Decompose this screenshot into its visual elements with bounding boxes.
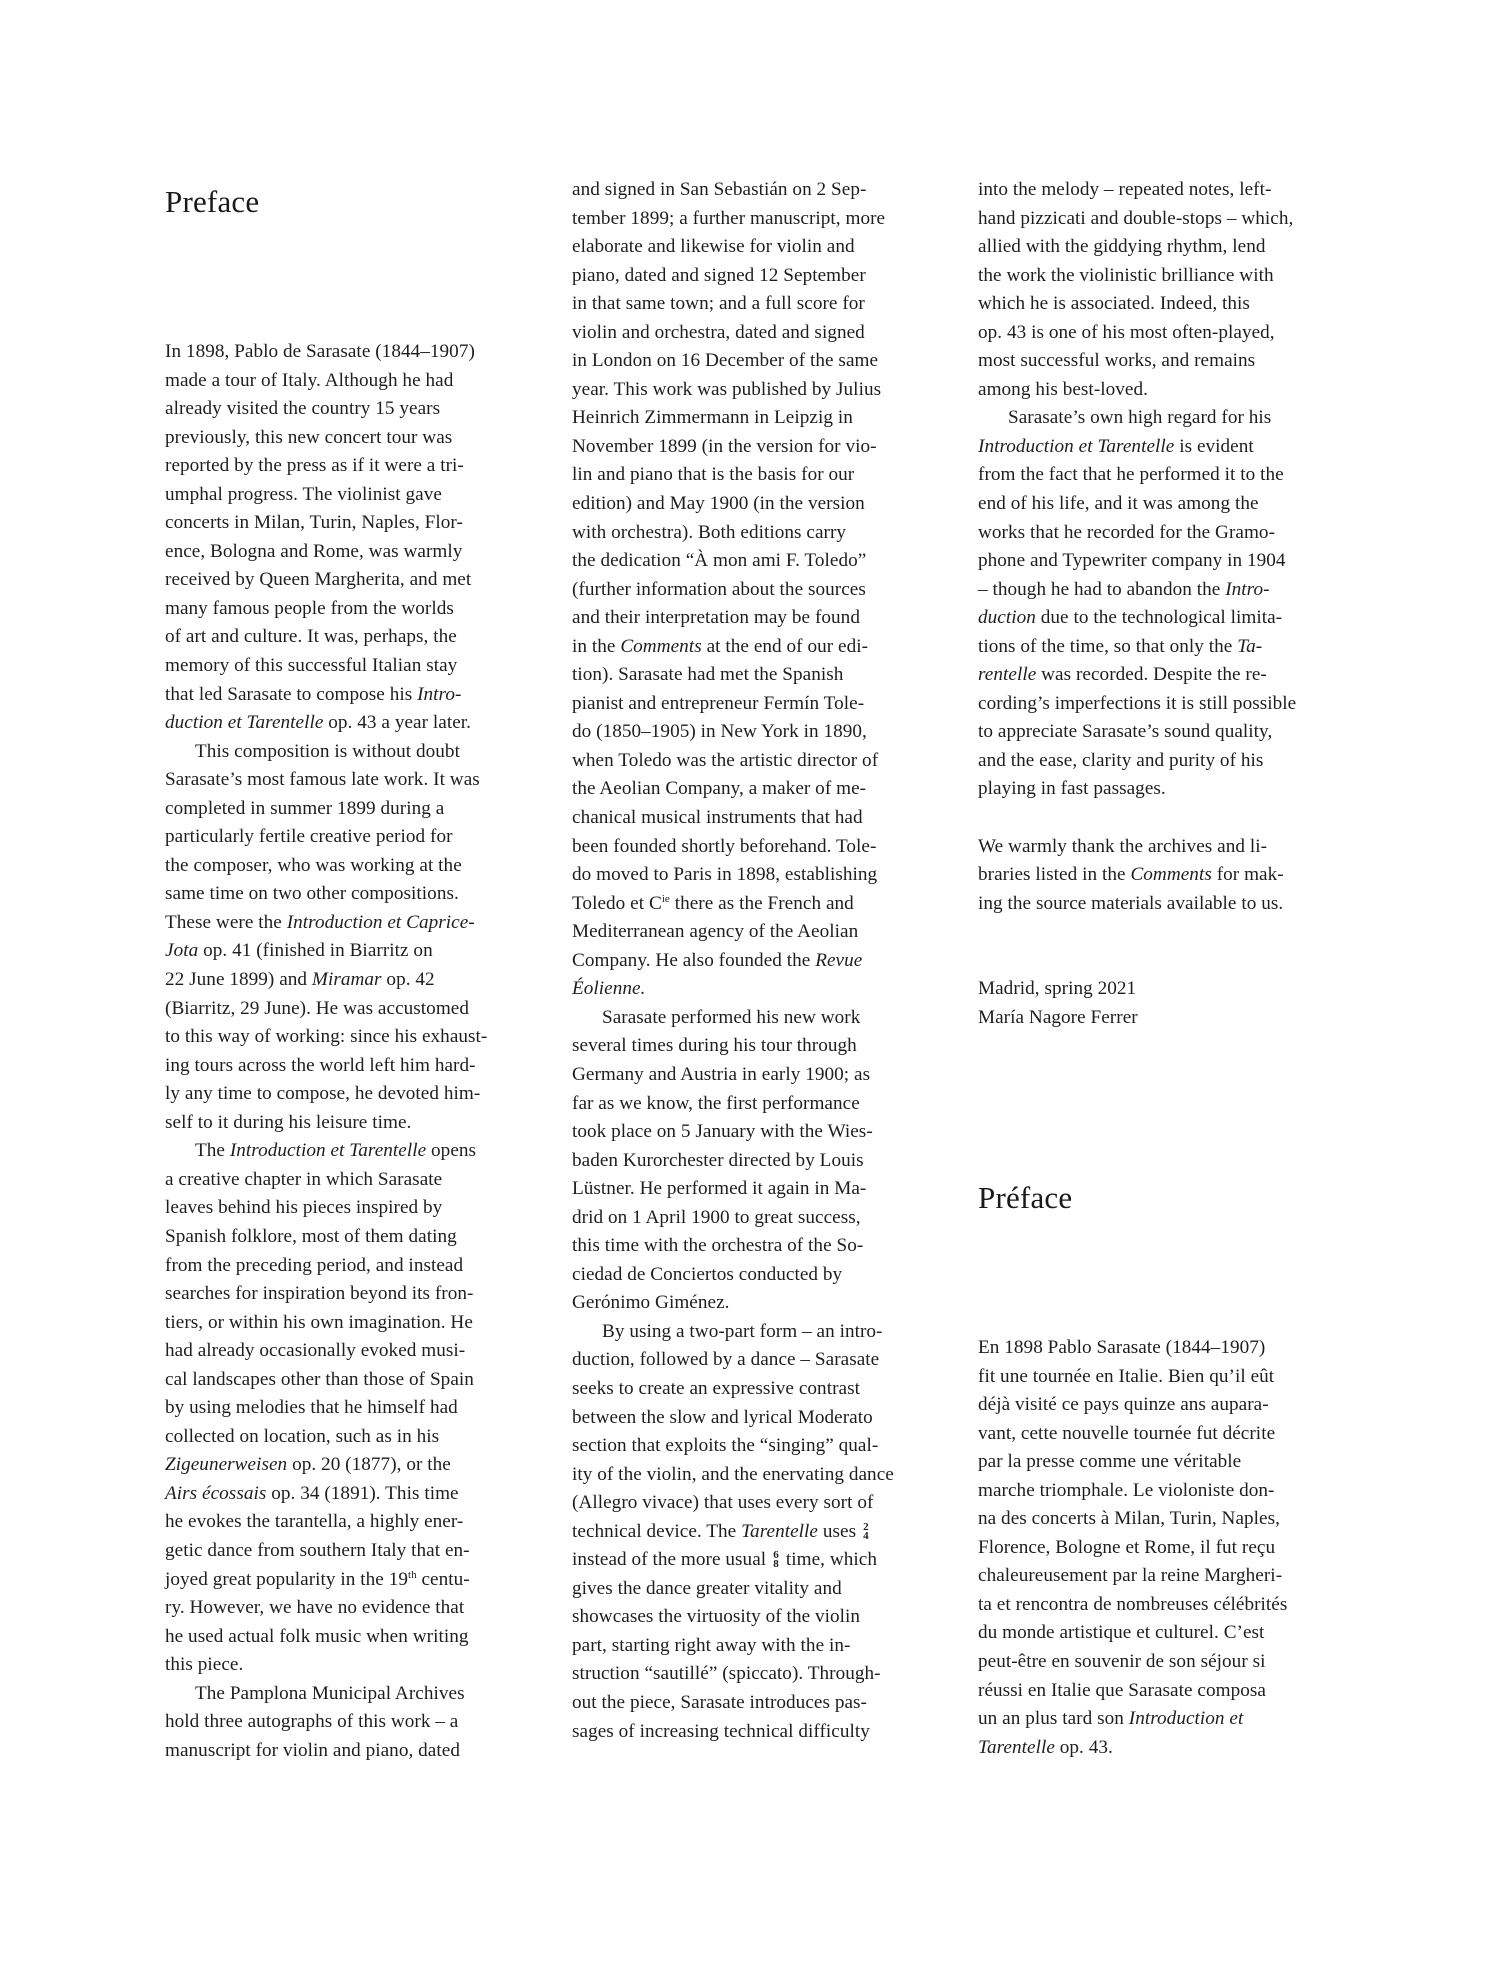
text-line: Jota op. 41 (finished in Biarritz on (165, 937, 537, 966)
text-line: We warmly thank the archives and li- (978, 833, 1350, 862)
text-line: Éolienne. (572, 975, 944, 1004)
text-line: this piece. (165, 1651, 537, 1680)
text-line: By using a two-part form – an intro- (572, 1318, 944, 1347)
text-line: far as we know, the first performance (572, 1090, 944, 1119)
section-title-preface-fr: Préface (978, 1180, 1350, 1216)
text-line: Spanish folklore, most of them dating (165, 1223, 537, 1252)
text-line: piano, dated and signed 12 September (572, 262, 944, 291)
text-line: 22 June 1899) and Miramar op. 42 (165, 966, 537, 995)
text-line: ly any time to compose, he devoted him- (165, 1080, 537, 1109)
text-line: took place on 5 January with the Wies- (572, 1118, 944, 1147)
italic-title: Introduction et Tarentelle (230, 1140, 426, 1161)
text-line: the dedication “À mon ami F. Toledo” (572, 547, 944, 576)
text-line: part, starting right away with the in- (572, 1632, 944, 1661)
french-body: En 1898 Pablo Sarasate (1844–1907)fit un… (978, 1334, 1350, 1762)
italic-title: Introduction et Caprice- (287, 912, 475, 933)
text-line: cording’s imperfections it is still poss… (978, 690, 1350, 719)
spacer (978, 918, 1350, 947)
text-line: joyed great popularity in the 19th centu… (165, 1566, 537, 1595)
text-line: duction, followed by a dance – Sarasate (572, 1346, 944, 1375)
text-line: These were the Introduction et Caprice- (165, 909, 537, 938)
text-line: In 1898, Pablo de Sarasate (1844–1907) (165, 338, 537, 367)
text-line: du monde artistique et culturel. C’est (978, 1619, 1350, 1648)
text-line: from the fact that he performed it to th… (978, 461, 1350, 490)
column-left-body: In 1898, Pablo de Sarasate (1844–1907)ma… (165, 338, 537, 1765)
text-line: instead of the more usual 68 time, which (572, 1546, 944, 1575)
text-line: pianist and entrepreneur Fermín Tole- (572, 690, 944, 719)
text-line: into the melody – repeated notes, left- (978, 176, 1350, 205)
text-line: concerts in Milan, Turin, Naples, Flor- (165, 509, 537, 538)
text-line: do moved to Paris in 1898, establishing (572, 861, 944, 890)
text-line: showcases the virtuosity of the violin (572, 1603, 944, 1632)
text-line: same time on two other compositions. (165, 880, 537, 909)
text-line: leaves behind his pieces inspired by (165, 1194, 537, 1223)
text-line: this time with the orchestra of the So- (572, 1232, 944, 1261)
italic-title: Zigeunerweisen (165, 1454, 287, 1475)
italic-title: Éolienne. (572, 978, 645, 999)
text-line: Toledo et Cie there as the French and (572, 890, 944, 919)
text-line: na des concerts à Milan, Turin, Naples, (978, 1505, 1350, 1534)
superscript: ie (662, 893, 670, 905)
text-line: of art and culture. It was, perhaps, the (165, 623, 537, 652)
italic-title: Airs écossais (165, 1483, 266, 1504)
italic-title: Comments (620, 636, 701, 657)
column-middle: and signed in San Sebastián on 2 Sep-tem… (572, 176, 944, 1746)
text-line: duction et Tarentelle op. 43 a year late… (165, 709, 537, 738)
italic-title: Intro- (417, 684, 461, 705)
text-line: ence, Bologna and Rome, was warmly (165, 538, 537, 567)
text-line: violin and orchestra, dated and signed (572, 319, 944, 348)
text-line: to this way of working: since his exhaus… (165, 1023, 537, 1052)
text-line: many famous people from the worlds (165, 595, 537, 624)
text-line: with orchestra). Both editions carry (572, 519, 944, 548)
text-line: he evokes the tarantella, a highly ener- (165, 1508, 537, 1537)
french-section: Préface En 1898 Pablo Sarasate (1844–190… (978, 1180, 1350, 1762)
paragraph: En 1898 Pablo Sarasate (1844–1907)fit un… (978, 1334, 1350, 1762)
paragraph: This composition is without doubtSarasat… (165, 738, 537, 1138)
italic-title: Introduction et Tarentelle (978, 436, 1174, 457)
italic-title: duction (978, 607, 1036, 628)
text-line: struction “sautillé” (spiccato). Through… (572, 1660, 944, 1689)
text-line: by using melodies that he himself had (165, 1394, 537, 1423)
text-line: (Biarritz, 29 June). He was accustomed (165, 995, 537, 1024)
italic-title: duction et Tarentelle (165, 712, 323, 733)
text-line: gives the dance greater vitality and (572, 1575, 944, 1604)
text-line: received by Queen Margherita, and met (165, 566, 537, 595)
text-line: marche triomphale. Le violoniste don- (978, 1477, 1350, 1506)
text-line: and signed in San Sebastián on 2 Sep- (572, 176, 944, 205)
text-line: in London on 16 December of the same (572, 347, 944, 376)
text-line: Company. He also founded the Revue (572, 947, 944, 976)
text-line: tions of the time, so that only the Ta- (978, 633, 1350, 662)
text-line: been founded shortly beforehand. Tole- (572, 833, 944, 862)
text-line: umphal progress. The violinist gave (165, 481, 537, 510)
italic-title: rentelle (978, 664, 1036, 685)
column-middle-body: and signed in San Sebastián on 2 Sep-tem… (572, 176, 944, 1746)
paragraph: By using a two-part form – an intro-duct… (572, 1318, 944, 1746)
text-line: fit une tournée en Italie. Bien qu’il eû… (978, 1363, 1350, 1392)
text-line: ciedad de Conciertos conducted by (572, 1261, 944, 1290)
text-line: searches for inspiration beyond its fron… (165, 1280, 537, 1309)
text-line: un an plus tard son Introduction et (978, 1705, 1350, 1734)
text-line: ry. However, we have no evidence that (165, 1594, 537, 1623)
text-line: op. 43 is one of his most often-played, (978, 319, 1350, 348)
signature-place-date: Madrid, spring 2021 (978, 975, 1350, 1004)
text-line: elaborate and likewise for violin and (572, 233, 944, 262)
spacer (978, 947, 1350, 976)
text-line: Sarasate performed his new work (572, 1004, 944, 1033)
text-line: braries listed in the Comments for mak- (978, 861, 1350, 890)
text-line: drid on 1 April 1900 to great success, (572, 1204, 944, 1233)
text-line: Airs écossais op. 34 (1891). This time (165, 1480, 537, 1509)
text-line: most successful works, and remains (978, 347, 1350, 376)
text-line: in the Comments at the end of our edi- (572, 633, 944, 662)
italic-title: Tarentelle (741, 1521, 818, 1542)
text-line: memory of this successful Italian stay (165, 652, 537, 681)
column-left: Preface In 1898, Pablo de Sarasate (1844… (165, 176, 537, 1765)
text-line: allied with the giddying rhythm, lend (978, 233, 1350, 262)
text-line: hold three autographs of this work – a (165, 1708, 537, 1737)
text-line: chaleureusement par la reine Margheri- (978, 1562, 1350, 1591)
text-line: (further information about the sources (572, 576, 944, 605)
italic-title: Tarentelle (978, 1737, 1055, 1758)
text-line: peut-être en souvenir de son séjour si (978, 1648, 1350, 1677)
text-line: En 1898 Pablo Sarasate (1844–1907) (978, 1334, 1350, 1363)
time-signature-icon: 24 (861, 1523, 871, 1541)
text-line: which he is associated. Indeed, this (978, 290, 1350, 319)
text-line: Florence, Bologne et Rome, il fut reçu (978, 1534, 1350, 1563)
text-line: self to it during his leisure time. (165, 1109, 537, 1138)
text-line: when Toledo was the artistic director of (572, 747, 944, 776)
text-line: getic dance from southern Italy that en- (165, 1537, 537, 1566)
text-line: tion). Sarasate had met the Spanish (572, 661, 944, 690)
text-line: in that same town; and a full score for (572, 290, 944, 319)
text-line: This composition is without doubt (165, 738, 537, 767)
text-line: the composer, who was working at the (165, 852, 537, 881)
text-line: had already occasionally evoked musi- (165, 1337, 537, 1366)
text-line: Lüstner. He performed it again in Ma- (572, 1175, 944, 1204)
text-line: Introduction et Tarentelle is evident (978, 433, 1350, 462)
text-line: Heinrich Zimmermann in Leipzig in (572, 404, 944, 433)
text-line: Mediterranean agency of the Aeolian (572, 918, 944, 947)
text-line: section that exploits the “singing” qual… (572, 1432, 944, 1461)
text-line: do (1850–1905) in New York in 1890, (572, 718, 944, 747)
text-line: collected on location, such as in his (165, 1423, 537, 1452)
text-line: cal landscapes other than those of Spain (165, 1366, 537, 1395)
text-line: the work the violinistic brilliance with (978, 262, 1350, 291)
paragraph: The Introduction et Tarentelle opensa cr… (165, 1137, 537, 1679)
text-line: phone and Typewriter company in 1904 (978, 547, 1350, 576)
text-line: sages of increasing technical difficulty (572, 1718, 944, 1747)
paragraph: and signed in San Sebastián on 2 Sep-tem… (572, 176, 944, 1004)
text-line: year. This work was published by Julius (572, 376, 944, 405)
text-line: previously, this new concert tour was (165, 424, 537, 453)
paragraph: The Pamplona Municipal Archiveshold thre… (165, 1680, 537, 1766)
text-line: déjà visité ce pays quinze ans aupara- (978, 1391, 1350, 1420)
text-line: par la presse comme une véritable (978, 1448, 1350, 1477)
column-right-body: into the melody – repeated notes, left-h… (978, 176, 1350, 947)
text-line: Sarasate’s most famous late work. It was (165, 766, 537, 795)
text-line: and the ease, clarity and purity of his (978, 747, 1350, 776)
text-line: hand pizzicati and double-stops – which, (978, 205, 1350, 234)
text-line: he used actual folk music when writing (165, 1623, 537, 1652)
text-line: Gerónimo Giménez. (572, 1289, 944, 1318)
text-line: the Aeolian Company, a maker of me- (572, 775, 944, 804)
text-line: completed in summer 1899 during a (165, 795, 537, 824)
text-line: playing in fast passages. (978, 775, 1350, 804)
text-line: manuscript for violin and piano, dated (165, 1737, 537, 1766)
text-line: to appreciate Sarasate’s sound quality, (978, 718, 1350, 747)
text-line: The Introduction et Tarentelle opens (165, 1137, 537, 1166)
text-line: Tarentelle op. 43. (978, 1734, 1350, 1763)
text-line: baden Kurorchester directed by Louis (572, 1147, 944, 1176)
text-line: ing the source materials available to us… (978, 890, 1350, 919)
paragraph: into the melody – repeated notes, left-h… (978, 176, 1350, 404)
text-line: out the piece, Sarasate introduces pas- (572, 1689, 944, 1718)
text-line: among his best-loved. (978, 376, 1350, 405)
signature-author: María Nagore Ferrer (978, 1004, 1350, 1033)
italic-title: Comments (1130, 864, 1211, 885)
text-line: a creative chapter in which Sarasate (165, 1166, 537, 1195)
text-line: vant, cette nouvelle tournée fut décrite (978, 1420, 1350, 1449)
text-line: tiers, or within his own imagination. He (165, 1309, 537, 1338)
paragraph: We warmly thank the archives and li-brar… (978, 833, 1350, 919)
text-line: duction due to the technological limita- (978, 604, 1350, 633)
text-line: technical device. The Tarentelle uses 24 (572, 1518, 944, 1547)
text-line: edition) and May 1900 (in the version (572, 490, 944, 519)
italic-title: Ta- (1237, 636, 1262, 657)
paragraph: In 1898, Pablo de Sarasate (1844–1907)ma… (165, 338, 537, 738)
text-line: several times during his tour through (572, 1032, 944, 1061)
text-line: works that he recorded for the Gramo- (978, 519, 1350, 548)
text-line: seeks to create an expressive contrast (572, 1375, 944, 1404)
text-line: that led Sarasate to compose his Intro- (165, 681, 537, 710)
text-line: Zigeunerweisen op. 20 (1877), or the (165, 1451, 537, 1480)
text-line: réussi en Italie que Sarasate composa (978, 1677, 1350, 1706)
paragraph: Sarasate performed his new workseveral t… (572, 1004, 944, 1318)
text-line: (Allegro vivace) that uses every sort of (572, 1489, 944, 1518)
italic-title: Miramar (312, 969, 382, 990)
italic-title: Jota (165, 940, 198, 961)
text-line: ta et rencontra de nombreuses célébrités (978, 1591, 1350, 1620)
paragraph: Sarasate’s own high regard for hisIntrod… (978, 404, 1350, 804)
italic-title: Introduction et (1129, 1708, 1244, 1729)
text-line: ing tours across the world left him hard… (165, 1052, 537, 1081)
page-title-preface-en: Preface (165, 184, 537, 220)
text-line: end of his life, and it was among the (978, 490, 1350, 519)
text-line: Germany and Austria in early 1900; as (572, 1061, 944, 1090)
text-line: tember 1899; a further manuscript, more (572, 205, 944, 234)
column-right: into the melody – repeated notes, left-h… (978, 176, 1350, 1032)
text-line: chanical musical instruments that had (572, 804, 944, 833)
text-line: between the slow and lyrical Moderato (572, 1404, 944, 1433)
italic-title: Intro- (1225, 579, 1269, 600)
text-line: from the preceding period, and instead (165, 1252, 537, 1281)
time-signature-icon: 68 (771, 1551, 781, 1569)
text-line: and their interpretation may be found (572, 604, 944, 633)
text-line: rentelle was recorded. Despite the re- (978, 661, 1350, 690)
text-line: Sarasate’s own high regard for his (978, 404, 1350, 433)
text-line: November 1899 (in the version for vio- (572, 433, 944, 462)
text-line: The Pamplona Municipal Archives (165, 1680, 537, 1709)
spacer (978, 804, 1350, 833)
text-line: already visited the country 15 years (165, 395, 537, 424)
italic-title: Revue (815, 950, 862, 971)
text-line: made a tour of Italy. Although he had (165, 367, 537, 396)
text-line: reported by the press as if it were a tr… (165, 452, 537, 481)
superscript: th (408, 1569, 417, 1581)
text-line: particularly fertile creative period for (165, 823, 537, 852)
text-line: lin and piano that is the basis for our (572, 461, 944, 490)
text-line: ity of the violin, and the enervating da… (572, 1461, 944, 1490)
preface-page: Preface In 1898, Pablo de Sarasate (1844… (0, 0, 1500, 1980)
text-line: – though he had to abandon the Intro- (978, 576, 1350, 605)
